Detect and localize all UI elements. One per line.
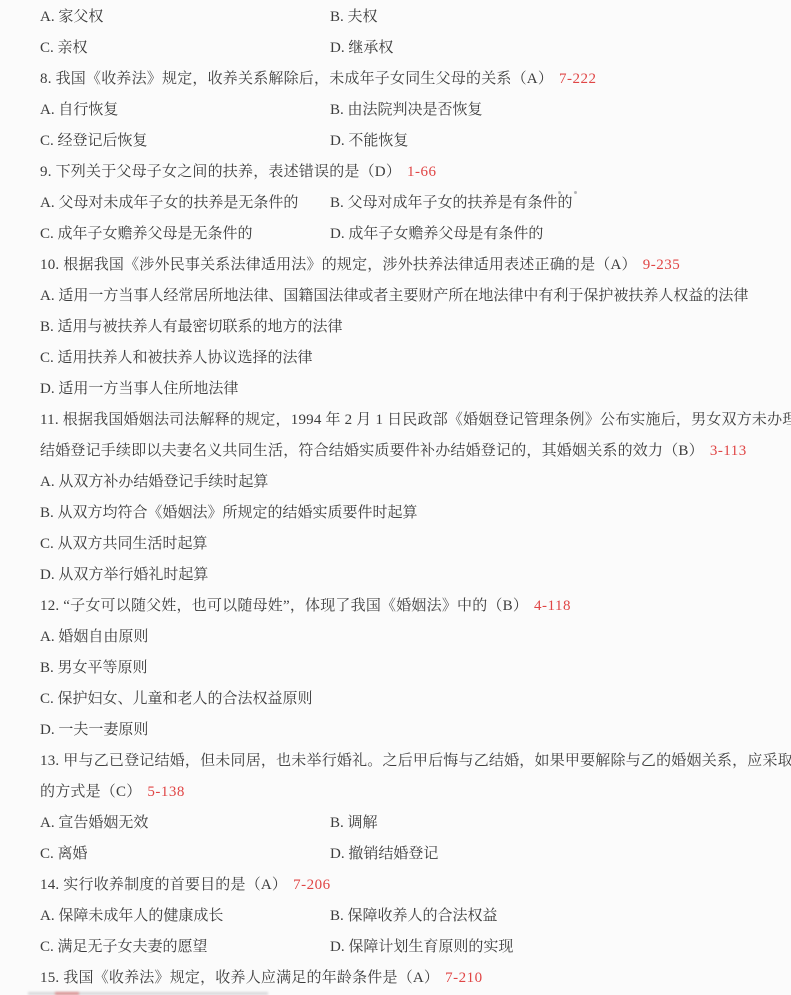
option-text: D. 适用一方当事人住所地法律 <box>40 381 238 397</box>
question-14-stem: 14. 实行收养制度的首要目的是（A）7-206 <box>40 870 773 901</box>
question-14-options-row-ab: A. 保障未成年人的健康成长 B. 保障收养人的合法权益 <box>40 901 773 932</box>
question-13-stem-line2: 的方式是（C）5-138 <box>40 777 773 808</box>
question-11-text-line1: 11. 根据我国婚姻法司法解释的规定，1994 年 2 月 1 日民政部《婚姻登… <box>40 412 791 428</box>
question-10-option-a: A. 适用一方当事人经常居所地法律、国籍国法律或者主要财产所在地法律中有利于保护… <box>40 281 773 312</box>
question-13-option-a: A. 宣告婚姻无效 <box>40 815 148 831</box>
question-7-option-a: A. 家父权 <box>40 9 103 25</box>
question-14-option-c: C. 满足无子女夫妻的愿望 <box>40 939 208 955</box>
question-11-option-d: D. 从双方举行婚礼时起算 <box>40 560 773 591</box>
question-13-answer-ref: 5-138 <box>147 784 185 800</box>
option-text: A. 适用一方当事人经常居所地法律、国籍国法律或者主要财产所在地法律中有利于保护… <box>40 288 748 304</box>
question-14-option-d: D. 保障计划生育原则的实现 <box>330 932 513 963</box>
question-9-option-d: D. 成年子女赡养父母是有条件的 <box>330 219 543 250</box>
question-10-stem: 10. 根据我国《涉外民事关系法律适用法》的规定，涉外扶养法律适用表述正确的是（… <box>40 250 773 281</box>
question-13-option-b: B. 调解 <box>330 808 378 839</box>
question-9-options-row-ab: A. 父母对未成年子女的扶养是无条件的 B. 父母对成年子女的扶养是有条件的 <box>40 188 773 219</box>
option-text: D. 从双方举行婚礼时起算 <box>40 567 208 583</box>
question-8-option-d: D. 不能恢复 <box>330 126 408 157</box>
question-14-option-b: B. 保障收养人的合法权益 <box>330 901 498 932</box>
question-10-text: 10. 根据我国《涉外民事关系法律适用法》的规定，涉外扶养法律适用表述正确的是（… <box>40 257 637 273</box>
option-text: C. 适用扶养人和被扶养人协议选择的法律 <box>40 350 313 366</box>
question-14-option-a: A. 保障未成年人的健康成长 <box>40 908 223 924</box>
question-8-option-b: B. 由法院判决是否恢复 <box>330 95 483 126</box>
question-7-option-d: D. 继承权 <box>330 33 393 64</box>
question-9-option-a: A. 父母对未成年子女的扶养是无条件的 <box>40 195 298 211</box>
question-9-option-b: B. 父母对成年子女的扶养是有条件的 <box>330 188 573 219</box>
question-14-text: 14. 实行收养制度的首要目的是（A） <box>40 877 287 893</box>
question-9-option-c: C. 成年子女赡养父母是无条件的 <box>40 226 253 242</box>
question-11-stem-line2: 结婚登记手续即以夫妻名义共同生活，符合结婚实质要件补办结婚登记的，其婚姻关系的效… <box>40 436 773 467</box>
question-7-options-row-ab: A. 家父权 B. 夫权 <box>40 2 773 33</box>
option-text: C. 从双方共同生活时起算 <box>40 536 208 552</box>
question-15-text: 15. 我国《收养法》规定，收养人应满足的年龄条件是（A） <box>40 970 439 986</box>
option-text: B. 男女平等原则 <box>40 660 148 676</box>
question-12-option-b: B. 男女平等原则 <box>40 653 773 684</box>
question-14-options-row-cd: C. 满足无子女夫妻的愿望 D. 保障计划生育原则的实现 <box>40 932 773 963</box>
question-8-answer-ref: 7-222 <box>559 71 597 87</box>
option-text: B. 适用与被扶养人有最密切联系的地方的法律 <box>40 319 343 335</box>
question-12-option-d: D. 一夫一妻原则 <box>40 715 773 746</box>
question-9-text: 9. 下列关于父母子女之间的扶养，表述错误的是（D） <box>40 164 401 180</box>
question-11-answer-ref: 3-113 <box>710 443 747 459</box>
option-text: B. 从双方均符合《婚姻法》所规定的结婚实质要件时起算 <box>40 505 418 521</box>
question-8-option-a: A. 自行恢复 <box>40 102 118 118</box>
question-8-options-row-cd: C. 经登记后恢复 D. 不能恢复 <box>40 126 773 157</box>
question-11-text-line2: 结婚登记手续即以夫妻名义共同生活，符合结婚实质要件补办结婚登记的，其婚姻关系的效… <box>40 443 704 459</box>
question-9-stem: 9. 下列关于父母子女之间的扶养，表述错误的是（D）1-66 <box>40 157 773 188</box>
question-10-option-b: B. 适用与被扶养人有最密切联系的地方的法律 <box>40 312 773 343</box>
question-12-option-a: A. 婚姻自由原则 <box>40 622 773 653</box>
question-11-option-c: C. 从双方共同生活时起算 <box>40 529 773 560</box>
question-8-option-c: C. 经登记后恢复 <box>40 133 148 149</box>
question-8-options-row-ab: A. 自行恢复 B. 由法院判决是否恢复 <box>40 95 773 126</box>
option-text: A. 婚姻自由原则 <box>40 629 148 645</box>
question-12-stem: 12. “子女可以随父姓，也可以随母姓”，体现了我国《婚姻法》中的（B）4-11… <box>40 591 773 622</box>
question-9-answer-ref: 1-66 <box>407 164 437 180</box>
question-10-option-c: C. 适用扶养人和被扶养人协议选择的法律 <box>40 343 773 374</box>
question-13-option-d: D. 撤销结婚登记 <box>330 839 438 870</box>
option-text: C. 保护妇女、儿童和老人的合法权益原则 <box>40 691 313 707</box>
question-13-stem-line1: 13. 甲与乙已登记结婚，但未同居，也未举行婚礼。之后甲后悔与乙结婚，如果甲要解… <box>40 746 773 777</box>
question-11-option-a: A. 从双方补办结婚登记手续时起算 <box>40 467 773 498</box>
question-9-options-row-cd: C. 成年子女赡养父母是无条件的 D. 成年子女赡养父母是有条件的 <box>40 219 773 250</box>
question-13-options-row-ab: A. 宣告婚姻无效 B. 调解 <box>40 808 773 839</box>
question-13-option-c: C. 离婚 <box>40 846 88 862</box>
question-10-option-d: D. 适用一方当事人住所地法律 <box>40 374 773 405</box>
question-13-options-row-cd: C. 离婚 D. 撤销结婚登记 <box>40 839 773 870</box>
question-8-stem: 8. 我国《收养法》规定，收养关系解除后，未成年子女同生父母的关系（A）7-22… <box>40 64 773 95</box>
question-15-stem: 15. 我国《收养法》规定，收养人应满足的年龄条件是（A）7-210 <box>40 963 773 994</box>
question-13-text-line2: 的方式是（C） <box>40 784 141 800</box>
question-7-options-row-cd: C. 亲权 D. 继承权 <box>40 33 773 64</box>
question-13-text-line1: 13. 甲与乙已登记结婚，但未同居，也未举行婚礼。之后甲后悔与乙结婚，如果甲要解… <box>40 753 791 769</box>
question-12-option-c: C. 保护妇女、儿童和老人的合法权益原则 <box>40 684 773 715</box>
question-7-option-b: B. 夫权 <box>330 2 378 33</box>
question-12-answer-ref: 4-118 <box>534 598 571 614</box>
scanned-exam-page: A. 家父权 B. 夫权 C. 亲权 D. 继承权 8. 我国《收养法》规定，收… <box>0 0 791 995</box>
question-15-answer-ref: 7-210 <box>445 970 483 986</box>
question-14-answer-ref: 7-206 <box>293 877 331 893</box>
question-10-answer-ref: 9-235 <box>643 257 681 273</box>
question-12-text: 12. “子女可以随父姓，也可以随母姓”，体现了我国《婚姻法》中的（B） <box>40 598 528 614</box>
question-11-stem-line1: 11. 根据我国婚姻法司法解释的规定，1994 年 2 月 1 日民政部《婚姻登… <box>40 405 773 436</box>
question-8-text: 8. 我国《收养法》规定，收养关系解除后，未成年子女同生父母的关系（A） <box>40 71 553 87</box>
option-text: D. 一夫一妻原则 <box>40 722 148 738</box>
option-text: A. 从双方补办结婚登记手续时起算 <box>40 474 268 490</box>
question-7-option-c: C. 亲权 <box>40 40 88 56</box>
question-11-option-b: B. 从双方均符合《婚姻法》所规定的结婚实质要件时起算 <box>40 498 773 529</box>
